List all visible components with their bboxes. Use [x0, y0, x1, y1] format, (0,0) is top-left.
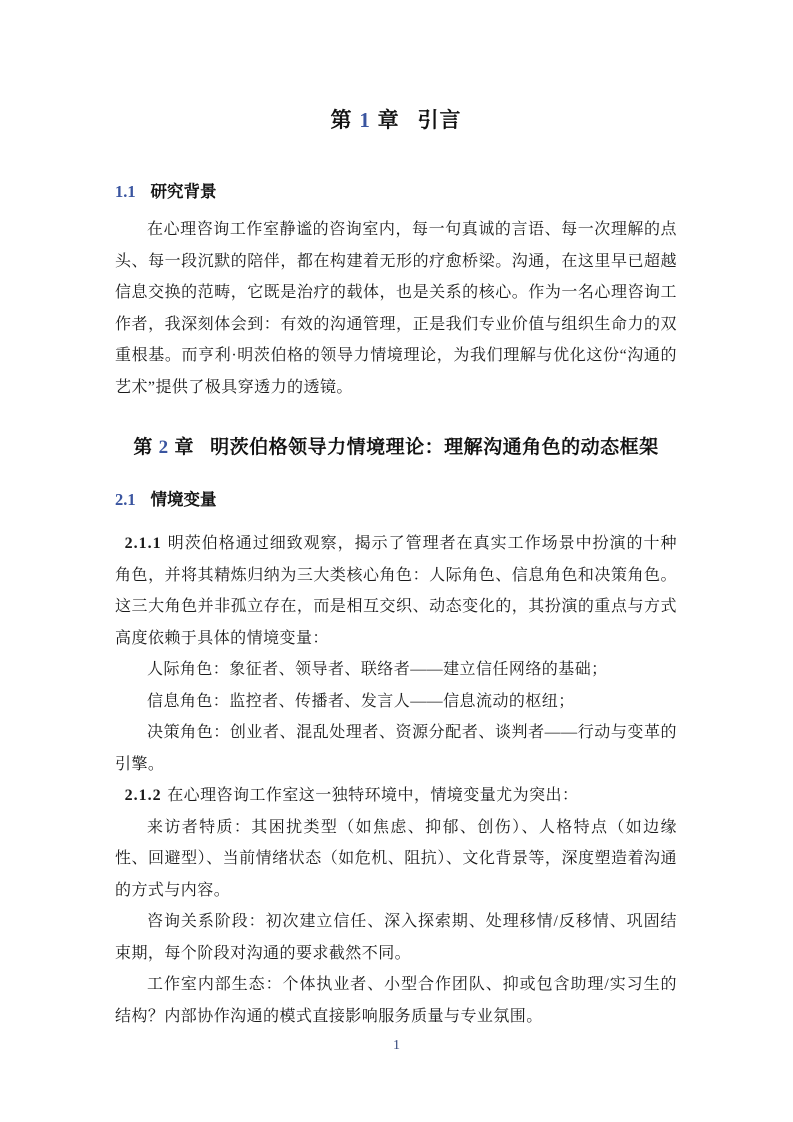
paragraph-2-1-1-text: 明茨伯格通过细致观察，揭示了管理者在真实工作场景中扮演的十种角色，并将其精炼归纳… — [115, 535, 677, 647]
chapter-2-heading: 第 2 章明茨伯格领导力情境理论：理解沟通角色的动态框架 — [115, 432, 677, 464]
chapter-2-number: 第 2 章 — [133, 437, 194, 458]
document-page: 第 1 章引言 1.1研究背景 在心理咨询工作室静谧的咨询室内，每一句真诚的言语… — [0, 0, 793, 1122]
paragraph-2-1-1-number: 2.1.1 — [125, 535, 162, 552]
section-1-1-heading: 1.1研究背景 — [115, 180, 677, 204]
section-2-1-number: 2.1 — [115, 490, 136, 509]
chapter-1-num-suffix: 章 — [378, 109, 400, 132]
page-content: 第 1 章引言 1.1研究背景 在心理咨询工作室静谧的咨询室内，每一句真诚的言语… — [115, 0, 677, 1032]
section-2-1-heading: 2.1情境变量 — [115, 488, 677, 512]
paragraph-2-1-1: 2.1.1明茨伯格通过细致观察，揭示了管理者在真实工作场景中扮演的十种角色，并将… — [115, 528, 677, 654]
page-number: 1 — [393, 1038, 400, 1053]
chapter-1-heading: 第 1 章引言 — [115, 103, 677, 138]
chapter-1-num-prefix: 第 — [330, 109, 352, 132]
section-1-1-number: 1.1 — [115, 182, 136, 201]
chapter-2-title-text: 明茨伯格领导力情境理论：理解沟通角色的动态框架 — [210, 437, 659, 458]
section-1-1-title-text: 研究背景 — [150, 183, 216, 201]
section-2-1-title-text: 情境变量 — [150, 491, 216, 509]
chapter-1-title-text: 引言 — [418, 109, 462, 132]
paragraph-2-1-2-number: 2.1.2 — [125, 787, 162, 804]
paragraph-research-background: 在心理咨询工作室静谧的咨询室内，每一句真诚的言语、每一次理解的点头、每一段沉默的… — [115, 214, 677, 403]
paragraph-role-decisional: 决策角色：创业者、混乱处理者、资源分配者、谈判者——行动与变革的引擎。 — [115, 717, 677, 780]
paragraph-factor-studio-ecology: 工作室内部生态：个体执业者、小型合作团队、抑或包含助理/实习生的结构？内部协作沟… — [115, 969, 677, 1032]
paragraph-factor-client-traits: 来访者特质：其困扰类型（如焦虑、抑郁、创伤）、人格特点（如边缘性、回避型）、当前… — [115, 812, 677, 907]
paragraph-2-1-2-text: 在心理咨询工作室这一独特环境中，情境变量尤为突出： — [167, 787, 578, 804]
paragraph-role-informational: 信息角色：监控者、传播者、发言人——信息流动的枢纽； — [115, 686, 677, 718]
chapter-2-num-suffix: 章 — [174, 437, 194, 458]
page-footer: 1 — [0, 1036, 793, 1056]
paragraph-factor-relationship-stage: 咨询关系阶段：初次建立信任、深入探索期、处理移情/反移情、巩固结束期，每个阶段对… — [115, 906, 677, 969]
chapter-2-num-prefix: 第 — [133, 437, 153, 458]
chapter-2-num-digit: 2 — [159, 437, 169, 458]
paragraph-2-1-2: 2.1.2在心理咨询工作室这一独特环境中，情境变量尤为突出： — [115, 780, 677, 812]
chapter-1-number: 第 1 章 — [330, 109, 399, 132]
chapter-1-num-digit: 1 — [359, 108, 371, 132]
paragraph-role-interpersonal: 人际角色：象征者、领导者、联络者——建立信任网络的基础； — [115, 654, 677, 686]
